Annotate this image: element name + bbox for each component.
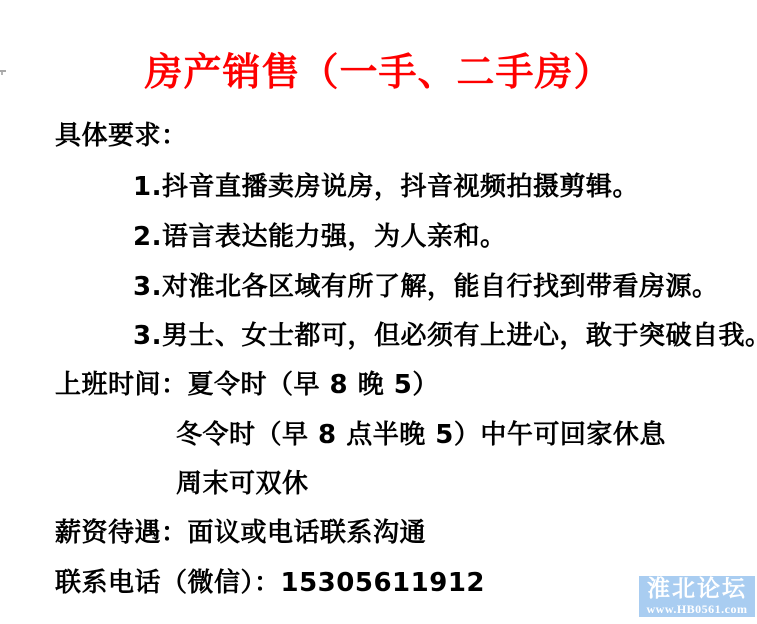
watermark-site-name: 淮北论坛 (639, 576, 755, 602)
section-heading-requirements: 具体要求： (55, 121, 188, 151)
work-hours-winter-line: 冬令时（早 8 点半晚 5）中午可回家休息 (176, 420, 666, 450)
requirement-item-2: 2.语言表达能力强，为人亲和。 (133, 222, 506, 252)
contact-phone-line: 联系电话（微信）：15305611912 (55, 568, 485, 598)
weekend-off-line: 周末可双休 (176, 469, 309, 499)
job-posting-document: 房产销售（一手、二手房） 具体要求： 1.抖音直播卖房说房，抖音视频拍摄剪辑。 … (0, 0, 757, 624)
salary-line: 薪资待遇：面议或电话联系沟通 (55, 518, 426, 548)
site-watermark: 淮北论坛 www.HB0561.com (639, 576, 755, 617)
work-hours-summer-line: 上班时间：夏令时（早 8 晚 5） (55, 370, 439, 400)
watermark-site-url: www.HB0561.com (639, 602, 755, 616)
requirement-item-3: 3.对淮北各区域有所了解，能自行找到带看房源。 (133, 272, 718, 302)
requirement-item-4: 3.男士、女士都可，但必须有上进心，敢于突破自我。 (133, 321, 757, 351)
page-title: 房产销售（一手、二手房） (0, 50, 757, 94)
requirement-item-1: 1.抖音直播卖房说房，抖音视频拍摄剪辑。 (133, 172, 639, 202)
